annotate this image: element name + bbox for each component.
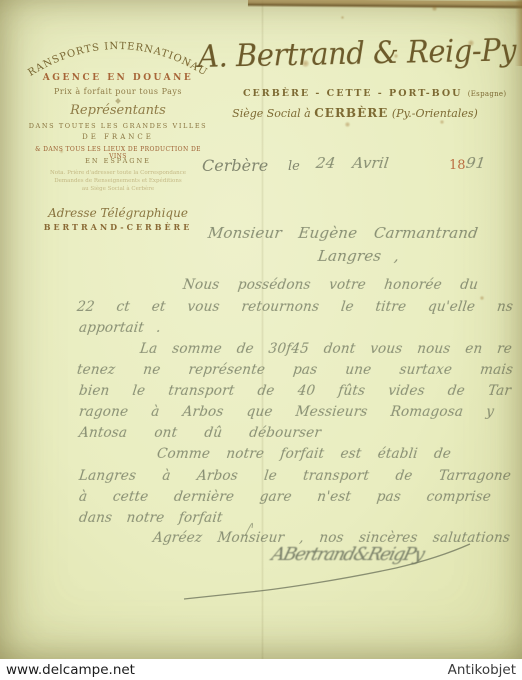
nota-line: au Siège Social à Cerbère	[26, 185, 210, 193]
nota-line: Nota. Prière d'adresser toute la Corresp…	[26, 169, 210, 177]
paper-top-edge	[248, 0, 522, 9]
handwritten-line: La somme de 30f45 dont vous nous en re	[139, 341, 513, 357]
foxing-stain	[432, 6, 437, 11]
handwritten-line: Nous possédons votre honorée du	[182, 277, 479, 293]
prix-forfait-line: Prix à forfait pour tous Pays	[26, 87, 210, 96]
handwritten-line: ragone à Arbos que Messieurs Romagosa y	[78, 404, 495, 420]
handwritten-line: Comme notre forfait est établi de	[156, 446, 452, 462]
handwritten-line: tenez ne représente pas une surtaxe mais	[76, 362, 514, 378]
nota-block: Nota. Prière d'adresser toute la Corresp…	[26, 169, 210, 193]
handwritten-line: 22 ct et vous retournons le titre qu'ell…	[76, 299, 514, 315]
adresse-telegraphique-script: Adresse Télégraphique	[26, 206, 210, 220]
foxing-stain	[345, 122, 350, 127]
addressee-city: Langres ,	[317, 247, 400, 265]
dateline-le: le	[288, 159, 300, 174]
arched-title: TRANSPORTS INTERNATIONAUX	[26, 24, 210, 78]
transports-internationaux-text: TRANSPORTS INTERNATIONAUX	[26, 24, 209, 78]
svg-text:TRANSPORTS INTERNATIONAUX: TRANSPORTS INTERNATIONAUX	[26, 24, 209, 78]
foxing-stain	[440, 120, 444, 124]
dateline-place: Cerbère	[202, 156, 268, 175]
siege-prefix: Siège Social à	[232, 107, 311, 120]
watermark-strip: www.delcampe.net Antikobjet	[0, 659, 522, 680]
siege-social-line: Siège Social à CERBÈRE (Py.-Orientales)	[222, 106, 488, 120]
dateline-handwritten-year: 91	[465, 154, 487, 172]
handwritten-line: Langres à Arbos le transport de Tarragon…	[78, 468, 512, 484]
cities-espagne-note: (Espagne)	[468, 90, 507, 98]
cities-line: CERBÈRE - CETTE - PORT-BOU (Espagne)	[243, 88, 459, 99]
antikobjet-watermark: Antikobjet	[448, 662, 516, 678]
agence-en-douane: AGENCE EN DOUANE	[26, 73, 210, 83]
siege-suffix: (Py.-Orientales)	[392, 107, 478, 120]
signature-scrawl: ABertrand&ReigPy	[269, 544, 425, 566]
en-espagne-line: EN ESPAGNE	[26, 157, 210, 165]
letter-paper: TRANSPORTS INTERNATIONAUX AGENCE EN DOUA…	[0, 0, 522, 659]
representants-script: Représentants	[26, 103, 210, 118]
handwritten-line: Antosa ont dû débourser	[78, 425, 322, 441]
scanned-letter-page: TRANSPORTS INTERNATIONAUX AGENCE EN DOUA…	[0, 0, 522, 680]
handwritten-line: bien le transport de 40 fûts vides de Ta…	[78, 383, 512, 399]
addressee-name: Monsieur Eugène Carmantrand	[207, 224, 479, 242]
handwritten-line: à cette dernière gare n'est pas comprise	[78, 489, 492, 505]
dateline-printed-century: 18	[449, 158, 466, 173]
foxing-stain	[341, 16, 344, 19]
siege-city: CERBÈRE	[314, 106, 388, 120]
grandes-villes-line: DANS TOUTES LES GRANDES VILLES	[26, 122, 210, 130]
handwritten-line: apportait .	[78, 320, 162, 336]
de-france-line: DE FRANCE	[26, 133, 210, 141]
cities-text: CERBÈRE - CETTE - PORT-BOU	[243, 88, 462, 99]
bertrand-cerbere-caps: BERTRAND-CERBÈRE	[26, 222, 210, 232]
delcampe-watermark: www.delcampe.net	[6, 662, 135, 678]
company-name-script: A. Bertrand & Reig-Py	[198, 32, 517, 74]
handwritten-line: dans notre forfait	[78, 510, 224, 526]
dateline-handwritten-date: 24 Avril	[315, 154, 390, 172]
nota-line: Demandes de Renseignements et Expédition…	[26, 177, 210, 185]
